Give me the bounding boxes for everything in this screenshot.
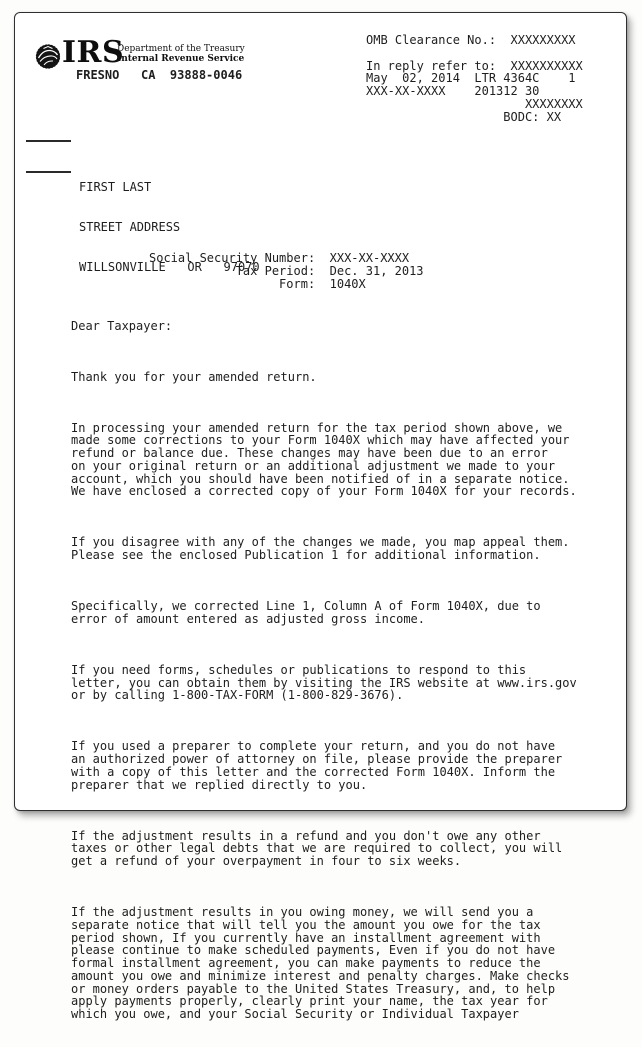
letter-paragraph: In processing your amended return for th… (71, 422, 577, 499)
letter-page: IRS Department of the Treasury Internal … (14, 12, 627, 811)
letter-paragraph: Specifically, we corrected Line 1, Colum… (71, 600, 577, 626)
recipient-name: FIRST LAST (79, 181, 260, 194)
letter-salutation: Dear Taxpayer: (71, 320, 577, 333)
redaction-mark (26, 140, 71, 142)
letter-body: Dear Taxpayer: Thank you for your amende… (71, 294, 577, 822)
agency-subtitle: Department of the Treasury Internal Reve… (117, 44, 245, 64)
irs-eagle-icon (35, 43, 61, 70)
reference-block: OMB Clearance No.: XXXXXXXXX In reply re… (366, 34, 583, 123)
irs-service-line: Internal Revenue Service (117, 54, 245, 64)
letter-paragraph: Thank you for your amended return. (71, 371, 577, 384)
irs-wordmark: IRS (62, 38, 124, 68)
origin-address: FRESNO CA 93888-0046 (76, 69, 242, 82)
treasury-dept-line: Department of the Treasury (117, 44, 245, 54)
letter-paragraph: If you used a preparer to complete your … (71, 740, 577, 791)
tax-info-block: Social Security Number: XXX-XX-XXXX Tax … (149, 252, 424, 291)
letter-paragraph: If you disagree with any of the changes … (71, 536, 577, 562)
redaction-mark (26, 171, 71, 173)
recipient-street: STREET ADDRESS (79, 221, 260, 234)
letter-paragraph: If you need forms, schedules or publicat… (71, 664, 577, 702)
